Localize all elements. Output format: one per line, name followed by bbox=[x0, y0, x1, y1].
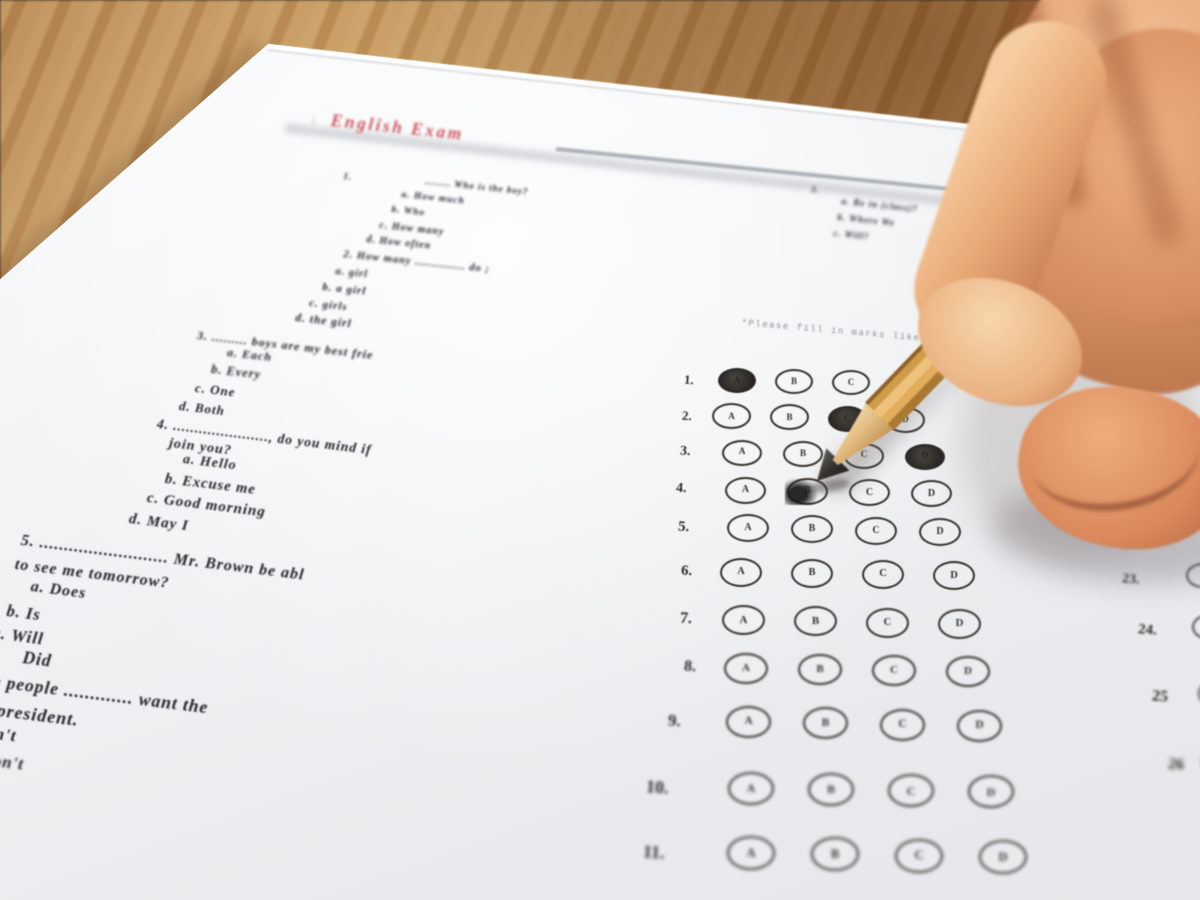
bubble-letter: C bbox=[872, 526, 879, 536]
photo-english-exam-scene: ( English Exam 1......... Who is the boy… bbox=[0, 0, 1200, 900]
bubble-b: B bbox=[791, 559, 833, 588]
bubble-letter: D bbox=[964, 666, 972, 677]
right-row-number: 25 bbox=[1151, 687, 1169, 706]
row-number: 4. bbox=[675, 481, 687, 498]
bubble-letter: B bbox=[816, 664, 823, 675]
bubble-letter: A bbox=[744, 523, 751, 533]
bubble-letter: D bbox=[936, 527, 943, 537]
question-text-line: Did bbox=[21, 647, 53, 672]
bubble-letter: D bbox=[998, 851, 1007, 864]
bubble-c: C bbox=[862, 560, 904, 589]
bubble-a: A bbox=[720, 558, 762, 587]
bubble-c: C bbox=[895, 839, 943, 873]
bubble-b: B bbox=[775, 369, 813, 394]
bubble-letter: A bbox=[737, 567, 745, 578]
bubble-letter: C bbox=[879, 569, 887, 580]
bubble-letter: B bbox=[786, 413, 792, 422]
bubble-c: C bbox=[855, 517, 897, 545]
bubble-a: A bbox=[724, 653, 768, 684]
bubble-letter: C bbox=[884, 617, 892, 628]
bubble-letter: D bbox=[950, 571, 958, 582]
bubble-letter: A bbox=[746, 847, 755, 860]
bubble-letter: A bbox=[739, 448, 746, 458]
row-number: 10. bbox=[645, 776, 669, 799]
bubble-letter: C bbox=[866, 488, 873, 498]
bubble-c: C bbox=[832, 370, 870, 395]
bubble-letter: C bbox=[914, 849, 923, 862]
bubble-a: A bbox=[722, 440, 762, 466]
bubble-letter: C bbox=[890, 665, 898, 676]
bubble-letter: C bbox=[898, 719, 906, 731]
question-text-line: 5. bbox=[811, 184, 820, 195]
bubble-d: D bbox=[979, 840, 1027, 874]
bubble-b: B bbox=[808, 773, 854, 806]
row-number: 3. bbox=[679, 444, 691, 461]
bubble-b: B bbox=[798, 654, 842, 685]
bubble-letter: B bbox=[791, 377, 797, 386]
right-row-number: 26 bbox=[1167, 755, 1185, 774]
row-number: 2. bbox=[681, 408, 692, 425]
bubble-a: A bbox=[726, 706, 771, 738]
row-number: 5. bbox=[677, 518, 689, 536]
bubble-letter: B bbox=[822, 718, 830, 730]
bubble-letter: B bbox=[809, 524, 816, 534]
bubble-letter: A bbox=[742, 663, 750, 674]
bubble-letter: D bbox=[956, 618, 964, 629]
bubble-d: D bbox=[938, 609, 981, 639]
bubble-letter: D bbox=[987, 786, 996, 798]
right-row-number: 24. bbox=[1137, 621, 1157, 640]
row-number: 1. bbox=[683, 372, 694, 389]
bubble-letter: D bbox=[928, 489, 935, 499]
bubble-letter: B bbox=[831, 848, 839, 861]
bubble-letter: D bbox=[922, 452, 929, 462]
bubble-d: D bbox=[957, 710, 1002, 742]
bubble-letter: B bbox=[812, 616, 819, 627]
bubble-c: C bbox=[888, 774, 934, 807]
bubble-a: A bbox=[718, 368, 756, 393]
bubble-a: A bbox=[728, 772, 774, 805]
bubble-letter: C bbox=[848, 378, 855, 387]
bubble-letter: A bbox=[728, 412, 735, 421]
bubble-c: C bbox=[866, 608, 909, 638]
row-number: 8. bbox=[683, 658, 696, 677]
bubble-letter: B bbox=[808, 568, 815, 579]
question-text-line: n't bbox=[0, 724, 18, 747]
row-number: 7. bbox=[679, 610, 692, 629]
row-number: 9. bbox=[667, 711, 681, 732]
bubble-c: C bbox=[872, 655, 916, 686]
bubble-a: A bbox=[727, 514, 769, 542]
bubble-d: D bbox=[919, 518, 961, 546]
bubble-letter: D bbox=[975, 720, 983, 732]
question-text-line: 1. bbox=[343, 171, 353, 182]
bubble-a: A bbox=[725, 477, 766, 504]
bubble-letter: A bbox=[742, 485, 749, 495]
row-number: 11. bbox=[642, 841, 665, 863]
bubble-a: A bbox=[727, 836, 775, 870]
bubble-letter: B bbox=[800, 450, 806, 460]
bubble-letter: A bbox=[734, 376, 741, 385]
bubble-a: A bbox=[712, 403, 751, 429]
bubble-c: C bbox=[880, 709, 925, 741]
bubble-letter: A bbox=[747, 782, 756, 794]
row-number: 6. bbox=[680, 562, 692, 580]
bubble-letter: B bbox=[827, 783, 835, 795]
bubble-a: A bbox=[722, 605, 765, 635]
bubble-letter: C bbox=[907, 785, 916, 797]
bubble-d: D bbox=[905, 444, 945, 470]
bubble-letter: A bbox=[740, 615, 748, 626]
bubble-letter: A bbox=[744, 716, 752, 728]
question-text-line: b. Is bbox=[5, 601, 42, 625]
question-text-line: on't bbox=[0, 751, 25, 775]
